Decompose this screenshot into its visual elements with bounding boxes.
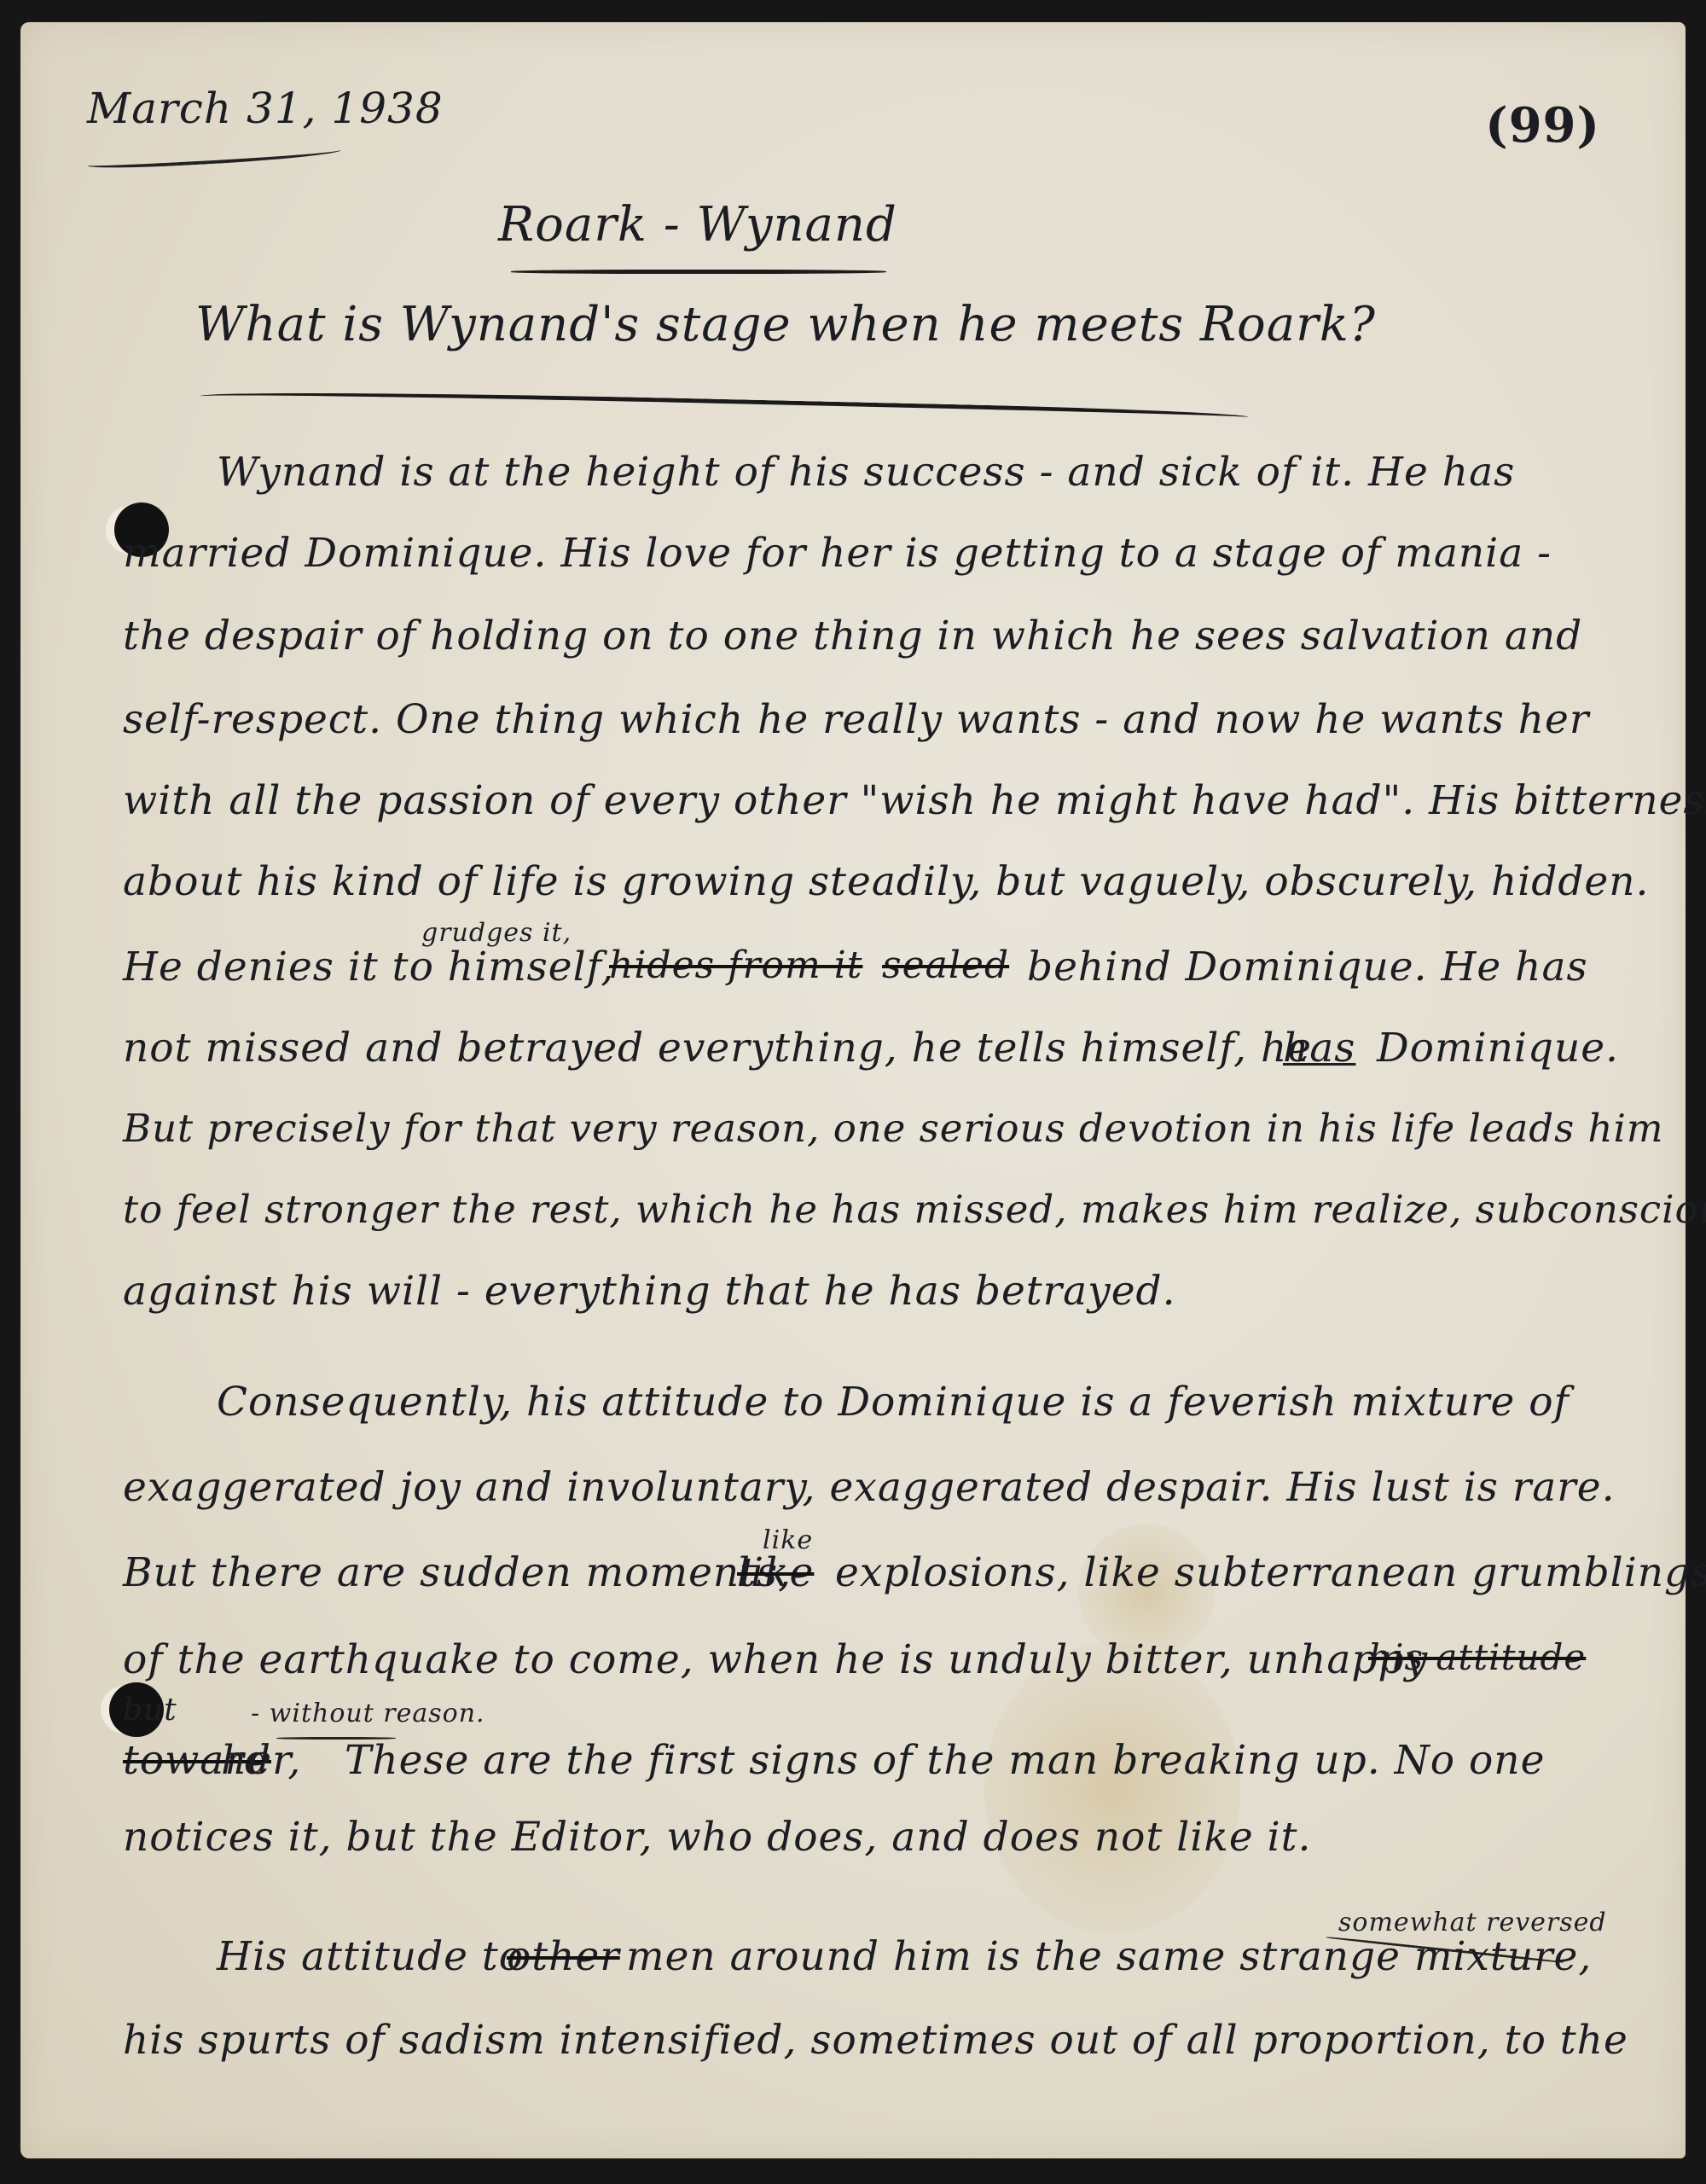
- text-line: his spurts of sadism intensified, someti…: [123, 2017, 1628, 2064]
- text-line: He denies it to himself,: [123, 944, 614, 990]
- title-underline: [511, 270, 886, 274]
- text-line: her,: [221, 1737, 301, 1784]
- text-line: Consequently, his attitude to Dominique …: [217, 1379, 1570, 1426]
- date-heading: March 31, 1938: [87, 84, 444, 133]
- manuscript-page: March 31, 1938 (99) Roark - Wynand What …: [20, 22, 1686, 2158]
- text-line: but: [123, 1693, 177, 1728]
- text-line: His attitude to: [217, 1933, 524, 1980]
- text-line: behind Dominique. He has: [1027, 944, 1588, 990]
- question-heading: What is Wynand's stage when he meets Roa…: [195, 297, 1376, 352]
- page-number: (99): [1485, 97, 1600, 154]
- text-line: self-respect. One thing which he really …: [123, 696, 1589, 743]
- text-line: to feel stronger the rest, which he has …: [123, 1187, 1706, 1232]
- text-line: against his will - everything that he ha…: [123, 1268, 1176, 1315]
- text-line: of the earthquake to come, when he is un…: [123, 1636, 1428, 1683]
- text-line: Dominique.: [1377, 1025, 1619, 1072]
- struck-text: hides from it: [609, 944, 862, 987]
- struck-text: sealed: [882, 944, 1009, 987]
- document-title: Roark - Wynand: [498, 197, 897, 253]
- text-line: explosions, like subterranean grumblings: [835, 1549, 1706, 1596]
- text-line: notices it, but the Editor, who does, an…: [123, 1814, 1311, 1861]
- struck-text: his attitude: [1368, 1636, 1586, 1678]
- text-line: the despair of holding on to one thing i…: [123, 613, 1582, 659]
- text-line: men around him is the same strange mixtu…: [626, 1933, 1592, 1980]
- date-underline: [87, 145, 341, 171]
- text-line: exaggerated joy and involuntary, exagger…: [123, 1464, 1616, 1511]
- text-line: These are the first signs of the man bre…: [345, 1737, 1545, 1784]
- insertion-without-reason: - without reason.: [251, 1699, 485, 1728]
- struck-text: like: [737, 1549, 814, 1596]
- water-stain: [984, 1643, 1240, 1933]
- scan-frame: March 31, 1938 (99) Roark - Wynand What …: [0, 0, 1706, 2184]
- text-line: married Dominique. His love for her is g…: [123, 530, 1552, 577]
- question-underline: [200, 387, 1249, 441]
- text-line: Wynand is at the height of his success -…: [217, 449, 1515, 496]
- emphasized-word: has: [1283, 1025, 1355, 1072]
- text-line: not missed and betrayed everything, he t…: [123, 1025, 1312, 1072]
- text-line: But there are sudden moments,: [123, 1549, 792, 1596]
- text-line: about his kind of life is growing steadi…: [123, 858, 1649, 905]
- struck-text: other: [507, 1933, 620, 1980]
- text-line: with all the passion of every other "wis…: [123, 777, 1706, 824]
- text-line: But precisely for that very reason, one …: [123, 1106, 1664, 1151]
